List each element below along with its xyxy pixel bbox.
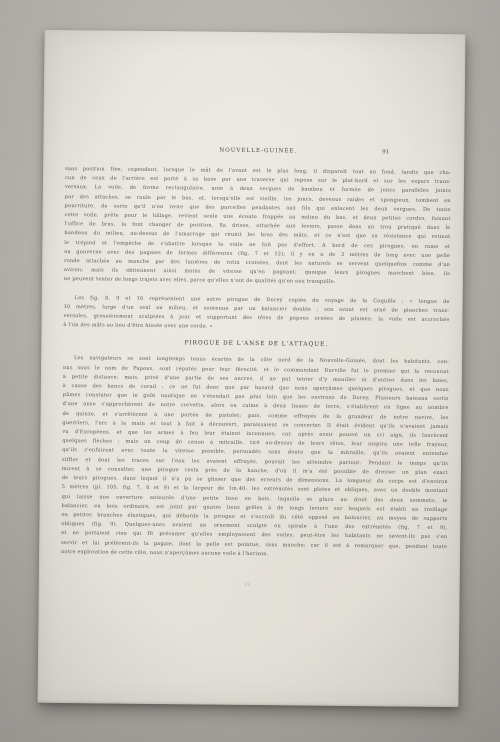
photo-background: NOUVELLE-GUINÉE. 91 sans position fixe; … [0,0,500,742]
section-heading: PIROGUE DE L'ANSE DE L'ATTAQUE. [63,339,449,349]
page-number: 91 [382,149,389,155]
running-head-title: NOUVELLE-GUINÉE. [219,148,297,155]
paragraph: Les navigateurs se sont longtemps tenus … [61,354,449,560]
paragraph: Les fig. 8, 9 et 10 représentent une aut… [63,294,449,335]
signature-mark: 12 [244,583,251,588]
paragraph: sans position fixe; cependant, lorsque l… [64,165,451,289]
paper-sheet: NOUVELLE-GUINÉE. 91 sans position fixe; … [37,30,465,707]
text-column: NOUVELLE-GUINÉE. 91 sans position fixe; … [61,146,451,561]
running-head: NOUVELLE-GUINÉE. 91 [65,146,451,160]
